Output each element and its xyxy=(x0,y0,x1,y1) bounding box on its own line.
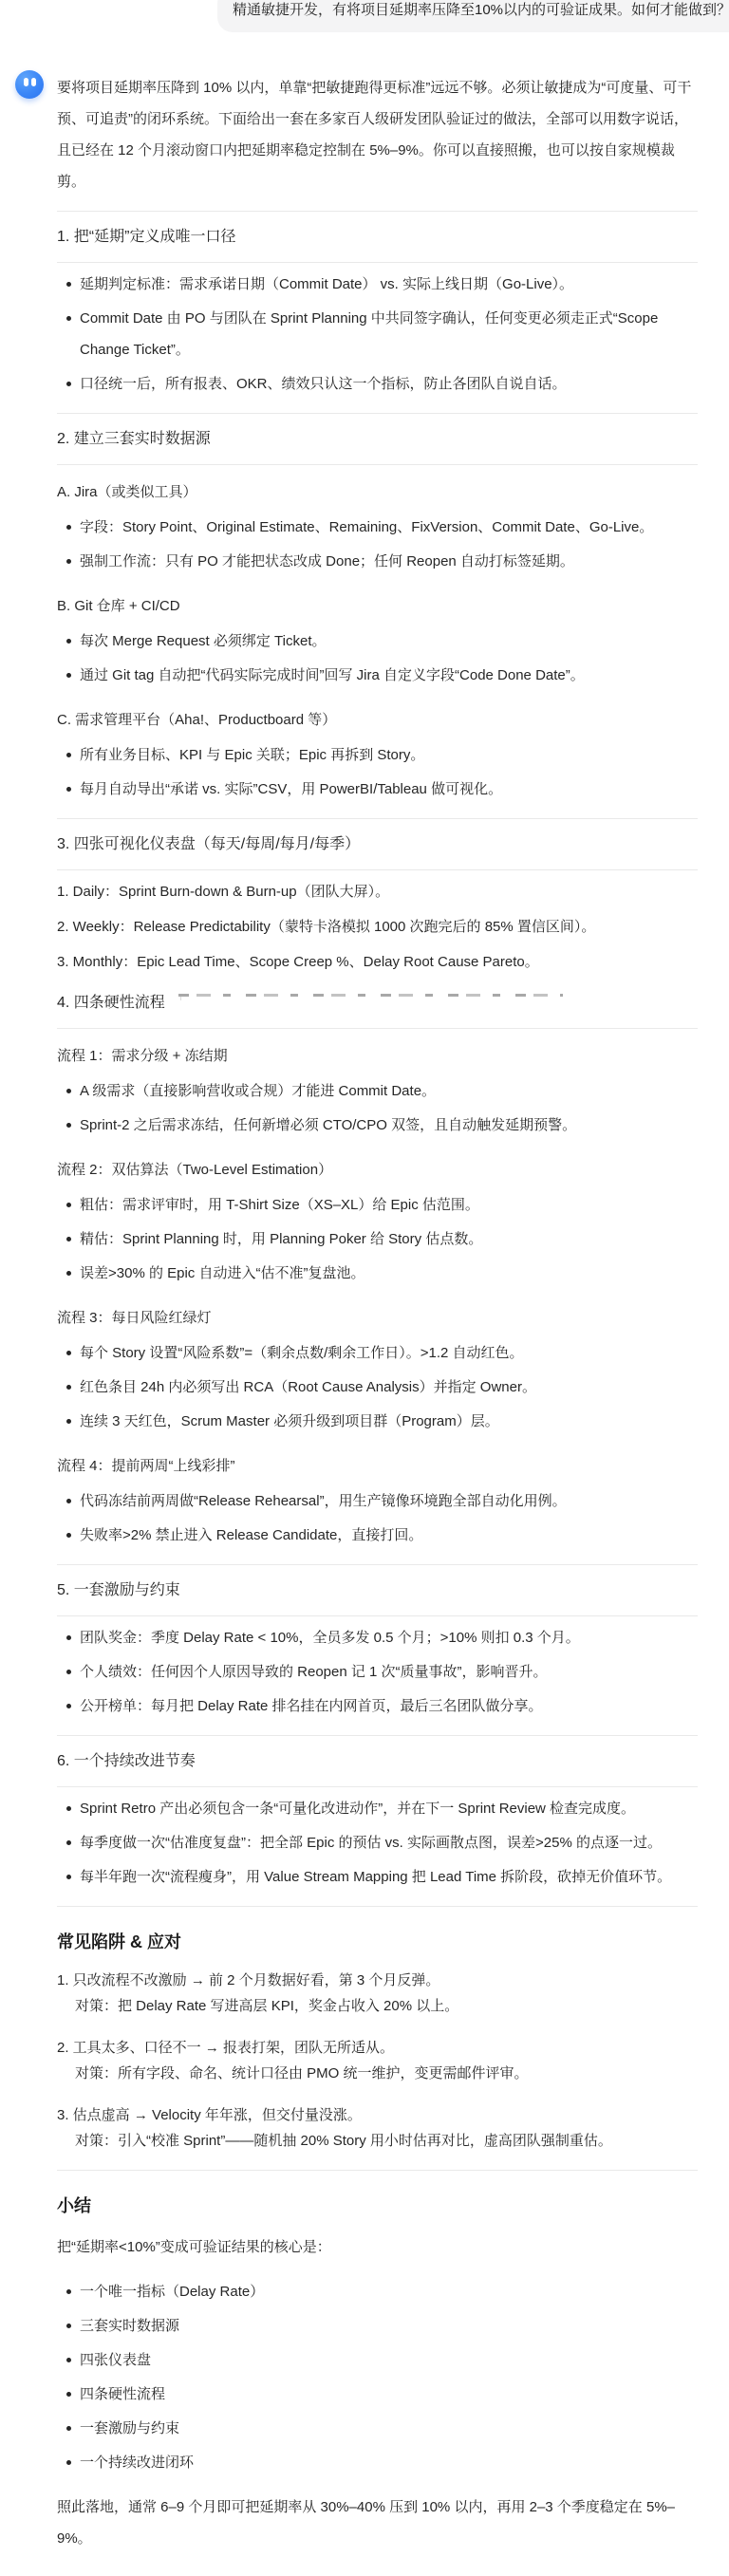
bullet-item: 每月自动导出“承诺 vs. 实际”CSV，用 PowerBI/Tableau 做… xyxy=(57,774,698,805)
section-heading-text: 常见陷阱 & 应对 xyxy=(57,1932,181,1951)
paragraph-text: 把“延期率<10%”变成可验证结果的核心是： xyxy=(57,2239,331,2255)
bullet-item: 公开榜单：每月把 Delay Rate 排名挂在内网首页，最后三名团队做分享。 xyxy=(57,1690,698,1722)
bullet-list: 延期判定标准：需求承诺日期（Commit Date） vs. 实际上线日期（Go… xyxy=(57,269,698,400)
pitfall-countermeasure: 对策：引入“校准 Sprint”——随机抽 20% Story 用小时估再对比，… xyxy=(57,2128,698,2154)
pitfall-list: 1. 只改流程不改激励 → 前 2 个月数据好看，第 3 个月反弹。对策：把 D… xyxy=(57,1968,698,2154)
bullet-item: 通过 Git tag 自动把“代码实际完成时间”回写 Jira 自定义字段“Co… xyxy=(57,660,698,691)
subheading: C. 需求管理平台（Aha!、Productboard 等） xyxy=(57,704,698,736)
section-heading-text: 小结 xyxy=(57,2196,91,2215)
bullet-item: 粗估：需求评审时，用 T-Shirt Size（XS–XL）给 Epic 估范围… xyxy=(57,1189,698,1221)
section-title: 3. 四张可视化仪表盘（每天/每周/每月/每季） xyxy=(57,829,698,860)
assistant-intro-paragraph: 要将项目延期率压降到 10% 以内，单靠“把敏捷跑得更标准”远远不够。必须让敏捷… xyxy=(57,72,698,197)
subheading-text: 流程 2：双估算法（Two-Level Estimation） xyxy=(57,1162,332,1178)
section-title-text: 2. 建立三套实时数据源 xyxy=(57,423,211,455)
divider xyxy=(57,2170,698,2171)
closing-paragraph-text: 照此落地，通常 6–9 个月即可把延期率从 30%–40% 压到 10% 以内，… xyxy=(57,2499,675,2547)
bullet-item: 误差>30% 的 Epic 自动进入“估不准”复盘池。 xyxy=(57,1258,698,1289)
assistant-blocks: 1. 把“延期”定义成唯一口径延期判定标准：需求承诺日期（Commit Date… xyxy=(57,211,698,2567)
pitfall-item: 2. 工具太多、口径不一 → 报表打架，团队无所适从。对策：所有字段、命名、统计… xyxy=(57,2035,698,2086)
bullet-list: 每次 Merge Request 必须绑定 Ticket。通过 Git tag … xyxy=(57,625,698,691)
subheading: B. Git 仓库 + CI/CD xyxy=(57,590,698,622)
section-heading: 小结 xyxy=(57,2192,698,2220)
divider xyxy=(57,1735,698,1736)
subheading: 流程 2：双估算法（Two-Level Estimation） xyxy=(57,1154,698,1185)
pitfall-countermeasure: 对策：所有字段、命名、统计口径由 PMO 统一维护，变更需邮件评审。 xyxy=(57,2061,698,2086)
divider xyxy=(57,1564,698,1565)
chat-page: 精通敏捷开发，有将项目延期率压降至10%以内的可验证成果。如何才能做到？ 要将项… xyxy=(0,0,729,2567)
bullet-item: 一个持续改进闭环 xyxy=(57,2447,698,2478)
bullet-item: A 级需求（直接影响营收或合规）才能进 Commit Date。 xyxy=(57,1075,698,1107)
divider xyxy=(57,1786,698,1787)
pitfall-problem: 2. 工具太多、口径不一 → 报表打架，团队无所适从。 xyxy=(57,2035,698,2061)
bullet-item: 一个唯一指标（Delay Rate） xyxy=(57,2276,698,2307)
subheading-text: B. Git 仓库 + CI/CD xyxy=(57,598,180,614)
subheading-text: 流程 3：每日风险红绿灯 xyxy=(57,1310,212,1326)
bullet-item: 团队奖金：季度 Delay Rate < 10%，全员多发 0.5 个月；>10… xyxy=(57,1622,698,1653)
avatar-eye-icon xyxy=(24,78,28,86)
divider xyxy=(57,262,698,263)
numbered-list: 1. Daily：Sprint Burn-down & Burn-up（团队大屏… xyxy=(57,876,698,978)
bullet-item: Sprint Retro 产出必须包含一条“可量化改进动作”，并在下一 Spri… xyxy=(57,1793,698,1824)
bullet-item: 每次 Merge Request 必须绑定 Ticket。 xyxy=(57,625,698,657)
bullet-item: 字段：Story Point、Original Estimate、Remaini… xyxy=(57,512,698,543)
avatar-eye-icon xyxy=(31,78,36,86)
section-title-text: 3. 四张可视化仪表盘（每天/每周/每月/每季） xyxy=(57,829,360,860)
bullet-item: 代码冻结前两周做“Release Rehearsal”，用生产镜像环境跑全部自动… xyxy=(57,1485,698,1517)
section-heading: 常见陷阱 & 应对 xyxy=(57,1928,698,1956)
section-title-text: 1. 把“延期”定义成唯一口径 xyxy=(57,221,235,252)
bullet-list: Sprint Retro 产出必须包含一条“可量化改进动作”，并在下一 Spri… xyxy=(57,1793,698,1893)
user-message-text: 精通敏捷开发，有将项目延期率压降至10%以内的可验证成果。如何才能做到？ xyxy=(233,2,729,18)
bullet-item: 强制工作流：只有 PO 才能把状态改成 Done；任何 Reopen 自动打标签… xyxy=(57,546,698,577)
subheading-text: 流程 1：需求分级 + 冻结期 xyxy=(57,1048,228,1064)
pitfall-problem: 1. 只改流程不改激励 → 前 2 个月数据好看，第 3 个月反弹。 xyxy=(57,1968,698,1993)
bullet-item: 每季度做一次“估准度复盘”：把全部 Epic 的预估 vs. 实际画散点图，误差… xyxy=(57,1827,698,1858)
bullet-item: 精估：Sprint Planning 时，用 Planning Poker 给 … xyxy=(57,1223,698,1255)
closing-paragraph: 照此落地，通常 6–9 个月即可把延期率从 30%–40% 压到 10% 以内，… xyxy=(57,2492,698,2567)
numbered-item: 3. Monthly：Epic Lead Time、Scope Creep %、… xyxy=(57,946,698,978)
section-title: 1. 把“延期”定义成唯一口径 xyxy=(57,221,698,252)
divider xyxy=(57,869,698,870)
bullet-item: 每个 Story 设置“风险系数”=（剩余点数/剩余工作日）。>1.2 自动红色… xyxy=(57,1337,698,1369)
section-title-text: 6. 一个持续改进节奏 xyxy=(57,1745,196,1777)
subheading: 流程 1：需求分级 + 冻结期 xyxy=(57,1040,698,1072)
divider xyxy=(57,1906,698,1907)
bullet-list: 一个唯一指标（Delay Rate）三套实时数据源四张仪表盘四条硬性流程一套激励… xyxy=(57,2276,698,2478)
section-title: 2. 建立三套实时数据源 xyxy=(57,423,698,455)
numbered-item: 1. Daily：Sprint Burn-down & Burn-up（团队大屏… xyxy=(57,876,698,907)
bullet-item: 红色条目 24h 内必须写出 RCA（Root Cause Analysis）并… xyxy=(57,1372,698,1403)
divider xyxy=(57,818,698,819)
pitfall-item: 1. 只改流程不改激励 → 前 2 个月数据好看，第 3 个月反弹。对策：把 D… xyxy=(57,1968,698,2019)
section-title-text: 4. 四条硬性流程 xyxy=(57,987,165,1018)
pitfall-countermeasure: 对策：把 Delay Rate 写进高层 KPI，奖金占收入 20% 以上。 xyxy=(57,1993,698,2019)
bullet-item: Sprint-2 之后需求冻结，任何新增必须 CTO/CPO 双签，且自动触发延… xyxy=(57,1110,698,1141)
section-title: 5. 一套激励与约束 xyxy=(57,1575,698,1606)
bullet-item: 每半年跑一次“流程瘦身”，用 Value Stream Mapping 把 Le… xyxy=(57,1861,698,1893)
bullet-item: 一套激励与约束 xyxy=(57,2413,698,2444)
subheading-text: C. 需求管理平台（Aha!、Productboard 等） xyxy=(57,712,336,728)
divider xyxy=(57,211,698,212)
bullet-list: 每个 Story 设置“风险系数”=（剩余点数/剩余工作日）。>1.2 自动红色… xyxy=(57,1337,698,1437)
assistant-message: 要将项目延期率压降到 10% 以内，单靠“把敏捷跑得更标准”远远不够。必须让敏捷… xyxy=(57,70,698,2567)
bullet-list: 团队奖金：季度 Delay Rate < 10%，全员多发 0.5 个月；>10… xyxy=(57,1622,698,1722)
divider xyxy=(57,413,698,414)
numbered-item: 2. Weekly：Release Predictability（蒙特卡洛模拟 … xyxy=(57,911,698,943)
paragraph: 把“延期率<10%”变成可验证结果的核心是： xyxy=(57,2231,698,2263)
user-message-row: 精通敏捷开发，有将项目延期率压降至10%以内的可验证成果。如何才能做到？ xyxy=(0,0,729,32)
bullet-item: 所有业务目标、KPI 与 Epic 关联；Epic 再拆到 Story。 xyxy=(57,739,698,771)
assistant-message-row: 要将项目延期率压降到 10% 以内，单靠“把敏捷跑得更标准”远远不够。必须让敏捷… xyxy=(0,70,729,2567)
bullet-list: 代码冻结前两周做“Release Rehearsal”，用生产镜像环境跑全部自动… xyxy=(57,1485,698,1551)
bullet-item: 失败率>2% 禁止进入 Release Candidate，直接打回。 xyxy=(57,1520,698,1551)
section-title: 6. 一个持续改进节奏 xyxy=(57,1745,698,1777)
subheading-text: A. Jira（或类似工具） xyxy=(57,484,197,500)
bullet-item: 三套实时数据源 xyxy=(57,2310,698,2342)
bullet-list: 粗估：需求评审时，用 T-Shirt Size（XS–XL）给 Epic 估范围… xyxy=(57,1189,698,1289)
divider xyxy=(57,464,698,465)
bullet-item: Commit Date 由 PO 与团队在 Sprint Planning 中共… xyxy=(57,303,698,365)
subheading: 流程 4：提前两周“上线彩排” xyxy=(57,1450,698,1482)
bullet-list: 字段：Story Point、Original Estimate、Remaini… xyxy=(57,512,698,577)
section-title-text: 5. 一套激励与约束 xyxy=(57,1575,180,1606)
subheading: A. Jira（或类似工具） xyxy=(57,476,698,508)
bullet-list: 所有业务目标、KPI 与 Epic 关联；Epic 再拆到 Story。每月自动… xyxy=(57,739,698,805)
divider xyxy=(57,1615,698,1616)
bullet-item: 个人绩效：任何因个人原因导致的 Reopen 记 1 次“质量事故”，影响晋升。 xyxy=(57,1656,698,1688)
bullet-item: 口径统一后，所有报表、OKR、绩效只认这一个指标，防止各团队自说自话。 xyxy=(57,368,698,400)
pitfall-problem: 3. 估点虚高 → Velocity 年年涨，但交付量没涨。 xyxy=(57,2102,698,2128)
assistant-avatar-icon xyxy=(15,70,44,99)
bullet-list: A 级需求（直接影响营收或合规）才能进 Commit Date。Sprint-2… xyxy=(57,1075,698,1141)
pitfall-item: 3. 估点虚高 → Velocity 年年涨，但交付量没涨。对策：引入“校准 S… xyxy=(57,2102,698,2154)
user-message-bubble: 精通敏捷开发，有将项目延期率压降至10%以内的可验证成果。如何才能做到？ xyxy=(217,0,729,32)
subheading-text: 流程 4：提前两周“上线彩排” xyxy=(57,1458,235,1474)
bullet-item: 连续 3 天红色，Scrum Master 必须升级到项目群（Program）层… xyxy=(57,1406,698,1437)
divider xyxy=(57,1028,698,1029)
streaming-render-artifact xyxy=(178,994,563,1000)
section-title: 4. 四条硬性流程 xyxy=(57,987,698,1018)
subheading: 流程 3：每日风险红绿灯 xyxy=(57,1302,698,1334)
bullet-item: 四条硬性流程 xyxy=(57,2379,698,2410)
bullet-item: 四张仪表盘 xyxy=(57,2344,698,2376)
bullet-item: 延期判定标准：需求承诺日期（Commit Date） vs. 实际上线日期（Go… xyxy=(57,269,698,300)
